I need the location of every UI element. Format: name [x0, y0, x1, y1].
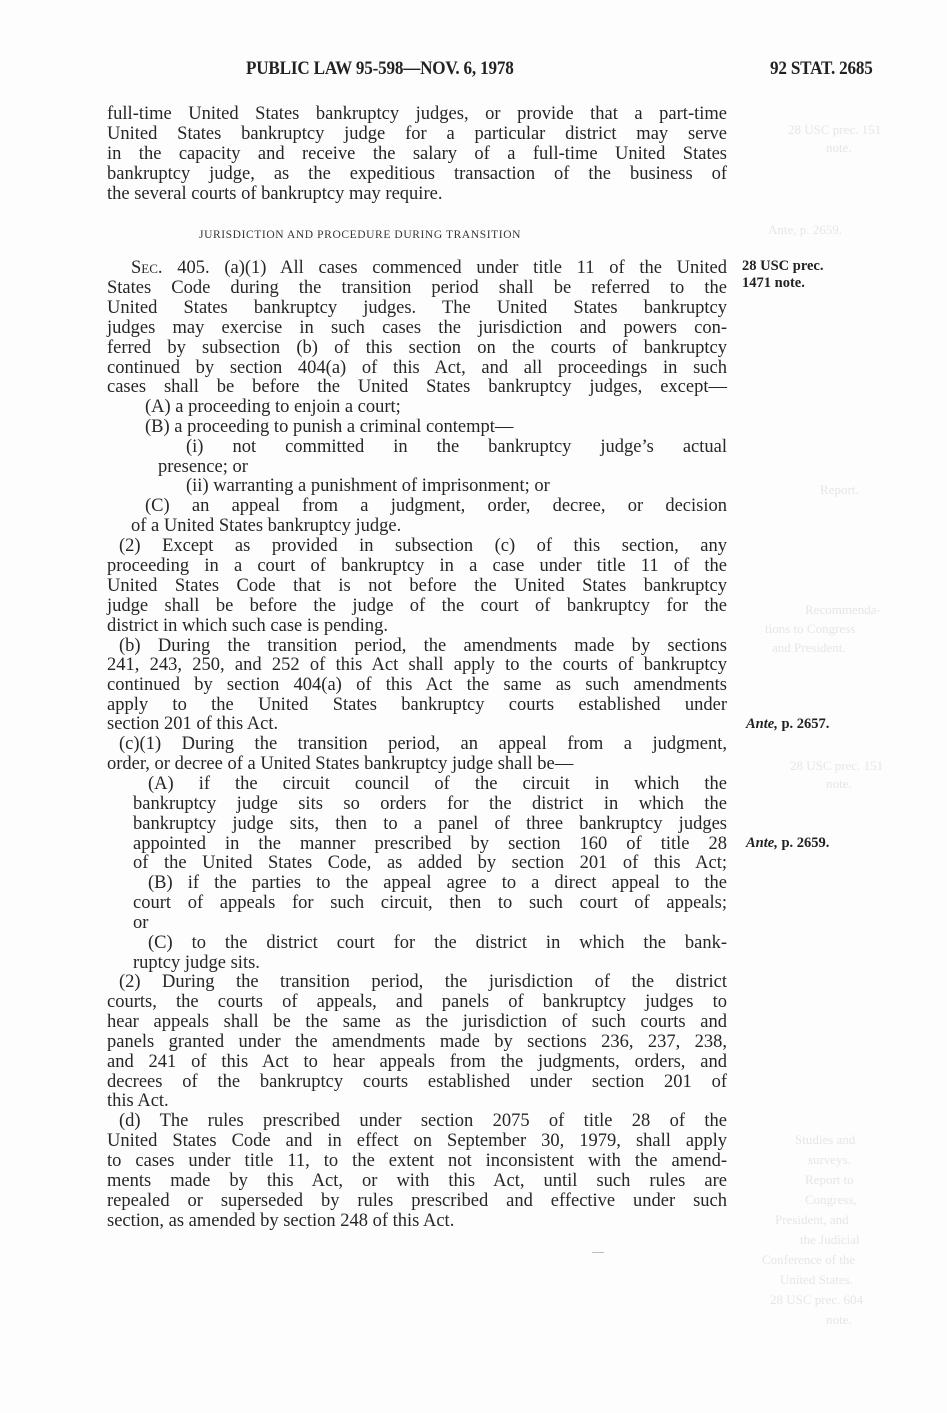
bleed-through-text: surveys.	[808, 1150, 851, 1170]
bleed-through-text: United States.	[780, 1270, 853, 1290]
bleed-through-text: the Judicial	[800, 1230, 860, 1250]
body-line: judge shall be before the judge of the c…	[107, 596, 727, 616]
margin-note-ante-2659: Ante, p. 2659.	[746, 835, 829, 852]
body-line: (A) if the circuit council of the circui…	[148, 774, 727, 794]
body-line: proceeding in a court of bankruptcy in a…	[107, 556, 727, 576]
body-line: decrees of the bankruptcy courts establi…	[107, 1072, 727, 1092]
body-line: (C) to the district court for the distri…	[148, 933, 727, 953]
body-line: United States bankruptcy judge for a par…	[107, 124, 727, 144]
document-page: 28 USC prec. 151 note. Ante, p. 2659. Re…	[0, 0, 947, 1413]
body-line: section 201 of this Act.	[107, 714, 727, 734]
margin-note-italic: Ante,	[746, 716, 778, 732]
body-line: 241, 243, 250, and 252 of this Act shall…	[107, 655, 727, 675]
page-end-mark	[592, 1252, 604, 1253]
running-head-stat-page: 92 STAT. 2685	[770, 58, 873, 80]
clause-c-cont: of a United States bankruptcy judge.	[131, 516, 691, 536]
body-line: (2) During the transition period, the ju…	[119, 972, 727, 992]
body-line: (b) During the transition period, the am…	[119, 636, 727, 656]
body-line: courts, the courts of appeals, and panel…	[107, 992, 727, 1012]
body-line: and 241 of this Act to hear appeals from…	[107, 1052, 727, 1072]
body-text: (a)(1) All cases commenced under title 1…	[210, 258, 727, 278]
body-line: (B) if the parties to the appeal agree t…	[148, 873, 727, 893]
body-line: appointed in the manner prescribed by se…	[133, 834, 727, 854]
body-line: ruptcy judge sits.	[133, 953, 727, 973]
body-line: bankruptcy judge, as the expeditious tra…	[107, 164, 727, 184]
body-line: this Act.	[107, 1091, 727, 1111]
body-line: United States bankruptcy judges. The Uni…	[107, 298, 727, 318]
bleed-through-text: 28 USC prec. 604	[770, 1290, 863, 1310]
bleed-through-text: Conference of the	[762, 1250, 855, 1270]
bleed-through-text: note.	[826, 774, 852, 794]
body-line: bankruptcy judge sits, then to a panel o…	[133, 814, 727, 834]
body-line: ferred by subsection (b) of this section…	[107, 338, 727, 358]
margin-note-text: p. 2659.	[778, 835, 830, 851]
body-line: order, or decree of a United States bank…	[107, 754, 727, 774]
section-heading: JURISDICTION AND PROCEDURE DURING TRANSI…	[199, 229, 521, 241]
bleed-through-text: note.	[826, 138, 852, 158]
bleed-through-text: Ante, p. 2659.	[768, 220, 842, 240]
section-405-first-line: Sec. 405. (a)(1) All cases commenced und…	[131, 258, 727, 278]
clause-c: (C) an appeal from a judgment, order, de…	[145, 496, 727, 516]
margin-note-italic: Ante,	[746, 835, 778, 851]
body-line: judges may exercise in such cases the ju…	[107, 318, 727, 338]
body-line: States Code during the transition period…	[107, 278, 727, 298]
body-line: (d) The rules prescribed under section 2…	[119, 1111, 727, 1131]
body-line: to cases under title 11, to the extent n…	[107, 1151, 727, 1171]
body-line: of the United States Code, as added by s…	[133, 853, 727, 873]
bleed-through-text: President, and	[775, 1210, 849, 1230]
bleed-through-text: and President.	[772, 638, 846, 658]
margin-note-citation: 28 USC prec. 1471 note.	[742, 258, 824, 292]
body-line: (2) Except as provided in subsection (c)…	[119, 536, 727, 556]
body-line: cases shall be before the United States …	[107, 377, 727, 397]
body-line: continued by section 404(a) of this Act,…	[107, 358, 727, 378]
margin-note-line: 28 USC prec.	[742, 258, 824, 275]
clause-b-i-cont: presence; or	[158, 457, 718, 477]
bleed-through-text: Report to	[805, 1170, 854, 1190]
body-line: United States Code that is not before th…	[107, 576, 727, 596]
section-label: Sec. 405.	[131, 258, 210, 278]
body-line: or	[133, 913, 727, 933]
body-line: the several courts of bankruptcy may req…	[107, 184, 727, 204]
body-line: continued by section 404(a) of this Act …	[107, 675, 727, 695]
clause-a: (A) a proceeding to enjoin a court;	[145, 397, 705, 417]
clause-b-i: (i) not committed in the bankruptcy judg…	[186, 437, 727, 457]
body-line: bankruptcy judge sits so orders for the …	[133, 794, 727, 814]
body-line: hear appeals shall be the same as the ju…	[107, 1012, 727, 1032]
running-head-title: PUBLIC LAW 95-598—NOV. 6, 1978	[246, 58, 514, 80]
clause-b-ii: (ii) warranting a punishment of imprison…	[186, 476, 727, 496]
bleed-through-text: Congress,	[805, 1190, 857, 1210]
body-line: (c)(1) During the transition period, an …	[119, 734, 727, 754]
bleed-through-text: tions to Congress	[765, 619, 855, 639]
bleed-through-text: 28 USC prec. 151	[788, 120, 881, 140]
body-line: full-time United States bankruptcy judge…	[107, 104, 727, 124]
body-line: ments made by this Act, or with this Act…	[107, 1171, 727, 1191]
clause-b: (B) a proceeding to punish a criminal co…	[145, 417, 705, 437]
body-line: repealed or superseded by rules prescrib…	[107, 1191, 727, 1211]
body-line: United States Code and in effect on Sept…	[107, 1131, 727, 1151]
body-line: district in which such case is pending.	[107, 616, 727, 636]
body-line: panels granted under the amendments made…	[107, 1032, 727, 1052]
bleed-through-text: note.	[826, 1310, 852, 1330]
body-line: apply to the United States bankruptcy co…	[107, 695, 727, 715]
bleed-through-text: Report.	[820, 480, 859, 500]
bleed-through-text: Recommenda-	[805, 600, 881, 620]
bleed-through-text: Studies and	[795, 1130, 855, 1150]
margin-note-line: 1471 note.	[742, 275, 824, 292]
margin-note-text: p. 2657.	[778, 716, 830, 732]
body-line: court of appeals for such circuit, then …	[133, 893, 727, 913]
bleed-through-text: 28 USC prec. 151	[790, 756, 883, 776]
body-line: section, as amended by section 248 of th…	[107, 1211, 727, 1231]
margin-note-ante-2657: Ante, p. 2657.	[746, 716, 829, 733]
body-line: in the capacity and receive the salary o…	[107, 144, 727, 164]
